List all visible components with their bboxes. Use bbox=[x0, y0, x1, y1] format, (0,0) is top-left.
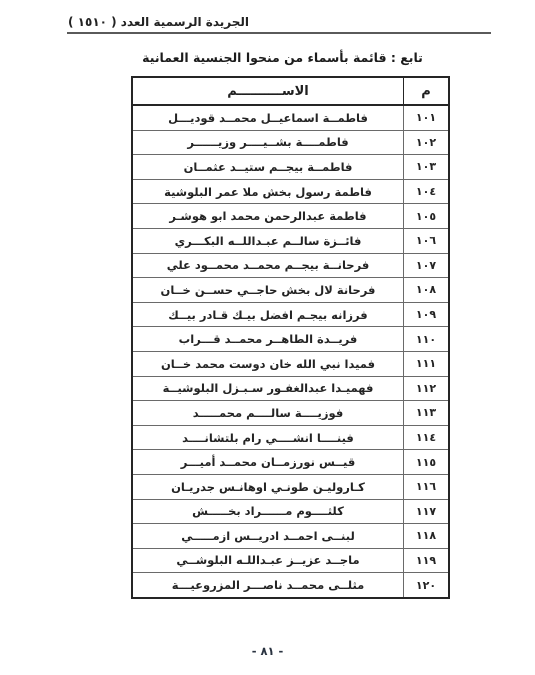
row-name: ماجــد عزيــز عبـداللـه البلوشــي bbox=[132, 548, 404, 573]
table-row: ١١٤فينــــا انشــــي رام بلتشانــــد bbox=[132, 425, 449, 450]
row-index: ١١٨ bbox=[404, 524, 450, 549]
table-row: ١٢٠مثلــى محمــد ناصـــر المزروعيـــة bbox=[132, 573, 449, 598]
row-name: فرحانــة بيجــم محمــد محمــود علي bbox=[132, 253, 404, 278]
row-index: ١١٠ bbox=[404, 327, 450, 352]
table-row: ١٠٦فائــزة سالــم عبـداللــه البكـــري bbox=[132, 228, 449, 253]
row-name: فاطمة عبدالرحمن محمد ابو هوشـر bbox=[132, 204, 404, 229]
row-name: قيــس نورزمــان محمــد أميـــر bbox=[132, 450, 404, 475]
row-name: كلثــــوم مــــــراد بخـــــش bbox=[132, 499, 404, 524]
row-index: ١١٢ bbox=[404, 376, 450, 401]
row-index: ١٠٢ bbox=[404, 130, 450, 155]
row-name: فاطمــة بيجــم ستيــد عثمــان bbox=[132, 155, 404, 180]
table-row: ١١٦كـاروليـن طونـي اوهانـس جدريـان bbox=[132, 474, 449, 499]
row-index: ١٠٥ bbox=[404, 204, 450, 229]
name-column-header: الاســــــــــم bbox=[132, 77, 404, 105]
row-index: ١٠٦ bbox=[404, 228, 450, 253]
table-row: ١١٨لبنــى احمــد ادريــس ازمـــــي bbox=[132, 524, 449, 549]
gazette-issue-header: الجريدة الرسمية العدد ( ١٥١٠ ) bbox=[68, 15, 249, 29]
table-row: ١١٢فهميـدا عبدالغفـور سـبـزل البلوشيــة bbox=[132, 376, 449, 401]
row-index: ١٠١ bbox=[404, 105, 450, 130]
row-index: ١١١ bbox=[404, 351, 450, 376]
row-name: فميدا نبي الله خان دوست محمد خــان bbox=[132, 351, 404, 376]
table-row: ١٠٤فاطمة رسول بخش ملا عمر البلوشية bbox=[132, 179, 449, 204]
row-index: ١٠٧ bbox=[404, 253, 450, 278]
table-row: ١٠٣فاطمــة بيجــم ستيــد عثمــان bbox=[132, 155, 449, 180]
row-name: فهميـدا عبدالغفـور سـبـزل البلوشيــة bbox=[132, 376, 404, 401]
header-rule bbox=[67, 32, 491, 34]
table-row: ١٠١فاطمــة اسماعيــل محمــد قوديـــل bbox=[132, 105, 449, 130]
row-index: ١١٦ bbox=[404, 474, 450, 499]
table-row: ١١٧كلثــــوم مــــــراد بخـــــش bbox=[132, 499, 449, 524]
row-index: ١١٩ bbox=[404, 548, 450, 573]
table-row: ١١٠فريــدة الطاهــر محمــد قـــراب bbox=[132, 327, 449, 352]
row-index: ١١٧ bbox=[404, 499, 450, 524]
table-body: ١٠١فاطمــة اسماعيــل محمــد قوديـــل١٠٢ف… bbox=[132, 105, 449, 598]
row-index: ١٠٨ bbox=[404, 278, 450, 303]
table-row: ١١٣فوزيــــة سالــــم محمـــــد bbox=[132, 401, 449, 426]
row-name: فرحانة لال بخش حاجــي حســن خــان bbox=[132, 278, 404, 303]
table-row: ١١١فميدا نبي الله خان دوست محمد خــان bbox=[132, 351, 449, 376]
table-row: ١٠٩فرزانه بيجـم افضل بيـك قـادر بيــك bbox=[132, 302, 449, 327]
row-index: ١٠٩ bbox=[404, 302, 450, 327]
table-row: ١٠٥فاطمة عبدالرحمن محمد ابو هوشـر bbox=[132, 204, 449, 229]
row-name: فرزانه بيجـم افضل بيـك قـادر بيــك bbox=[132, 302, 404, 327]
row-name: فاطمة رسول بخش ملا عمر البلوشية bbox=[132, 179, 404, 204]
row-name: مثلــى محمــد ناصـــر المزروعيـــة bbox=[132, 573, 404, 598]
table-row: ١١٩ماجــد عزيــز عبـداللـه البلوشــي bbox=[132, 548, 449, 573]
row-name: فوزيــــة سالــــم محمـــــد bbox=[132, 401, 404, 426]
table-header-row: م الاســــــــــم bbox=[132, 77, 449, 105]
page-number: - ٨١ - bbox=[0, 644, 535, 658]
row-name: فائــزة سالــم عبـداللــه البكـــري bbox=[132, 228, 404, 253]
row-index: ١١٤ bbox=[404, 425, 450, 450]
index-column-header: م bbox=[404, 77, 450, 105]
document-title: تابع : قائمة بأسماء من منحوا الجنسية الع… bbox=[15, 50, 535, 65]
table-row: ١١٥قيــس نورزمــان محمــد أميـــر bbox=[132, 450, 449, 475]
table-row: ١٠٢فاطمــــة بشــيــــر وزيــــــر bbox=[132, 130, 449, 155]
row-index: ١٢٠ bbox=[404, 573, 450, 598]
table-row: ١٠٧فرحانــة بيجــم محمــد محمــود علي bbox=[132, 253, 449, 278]
names-table: م الاســــــــــم ١٠١فاطمــة اسماعيــل م… bbox=[131, 76, 450, 599]
row-index: ١٠٣ bbox=[404, 155, 450, 180]
row-index: ١٠٤ bbox=[404, 179, 450, 204]
row-name: فاطمــة اسماعيــل محمــد قوديـــل bbox=[132, 105, 404, 130]
table-row: ١٠٨فرحانة لال بخش حاجــي حســن خــان bbox=[132, 278, 449, 303]
gazette-page: { "page": { "gazette_header": "الجريدة ا… bbox=[0, 0, 535, 675]
row-name: لبنــى احمــد ادريــس ازمـــــي bbox=[132, 524, 404, 549]
row-name: فاطمــــة بشــيــــر وزيــــــر bbox=[132, 130, 404, 155]
row-index: ١١٣ bbox=[404, 401, 450, 426]
row-name: كـاروليـن طونـي اوهانـس جدريـان bbox=[132, 474, 404, 499]
row-index: ١١٥ bbox=[404, 450, 450, 475]
row-name: فريــدة الطاهــر محمــد قـــراب bbox=[132, 327, 404, 352]
row-name: فينــــا انشــــي رام بلتشانــــد bbox=[132, 425, 404, 450]
